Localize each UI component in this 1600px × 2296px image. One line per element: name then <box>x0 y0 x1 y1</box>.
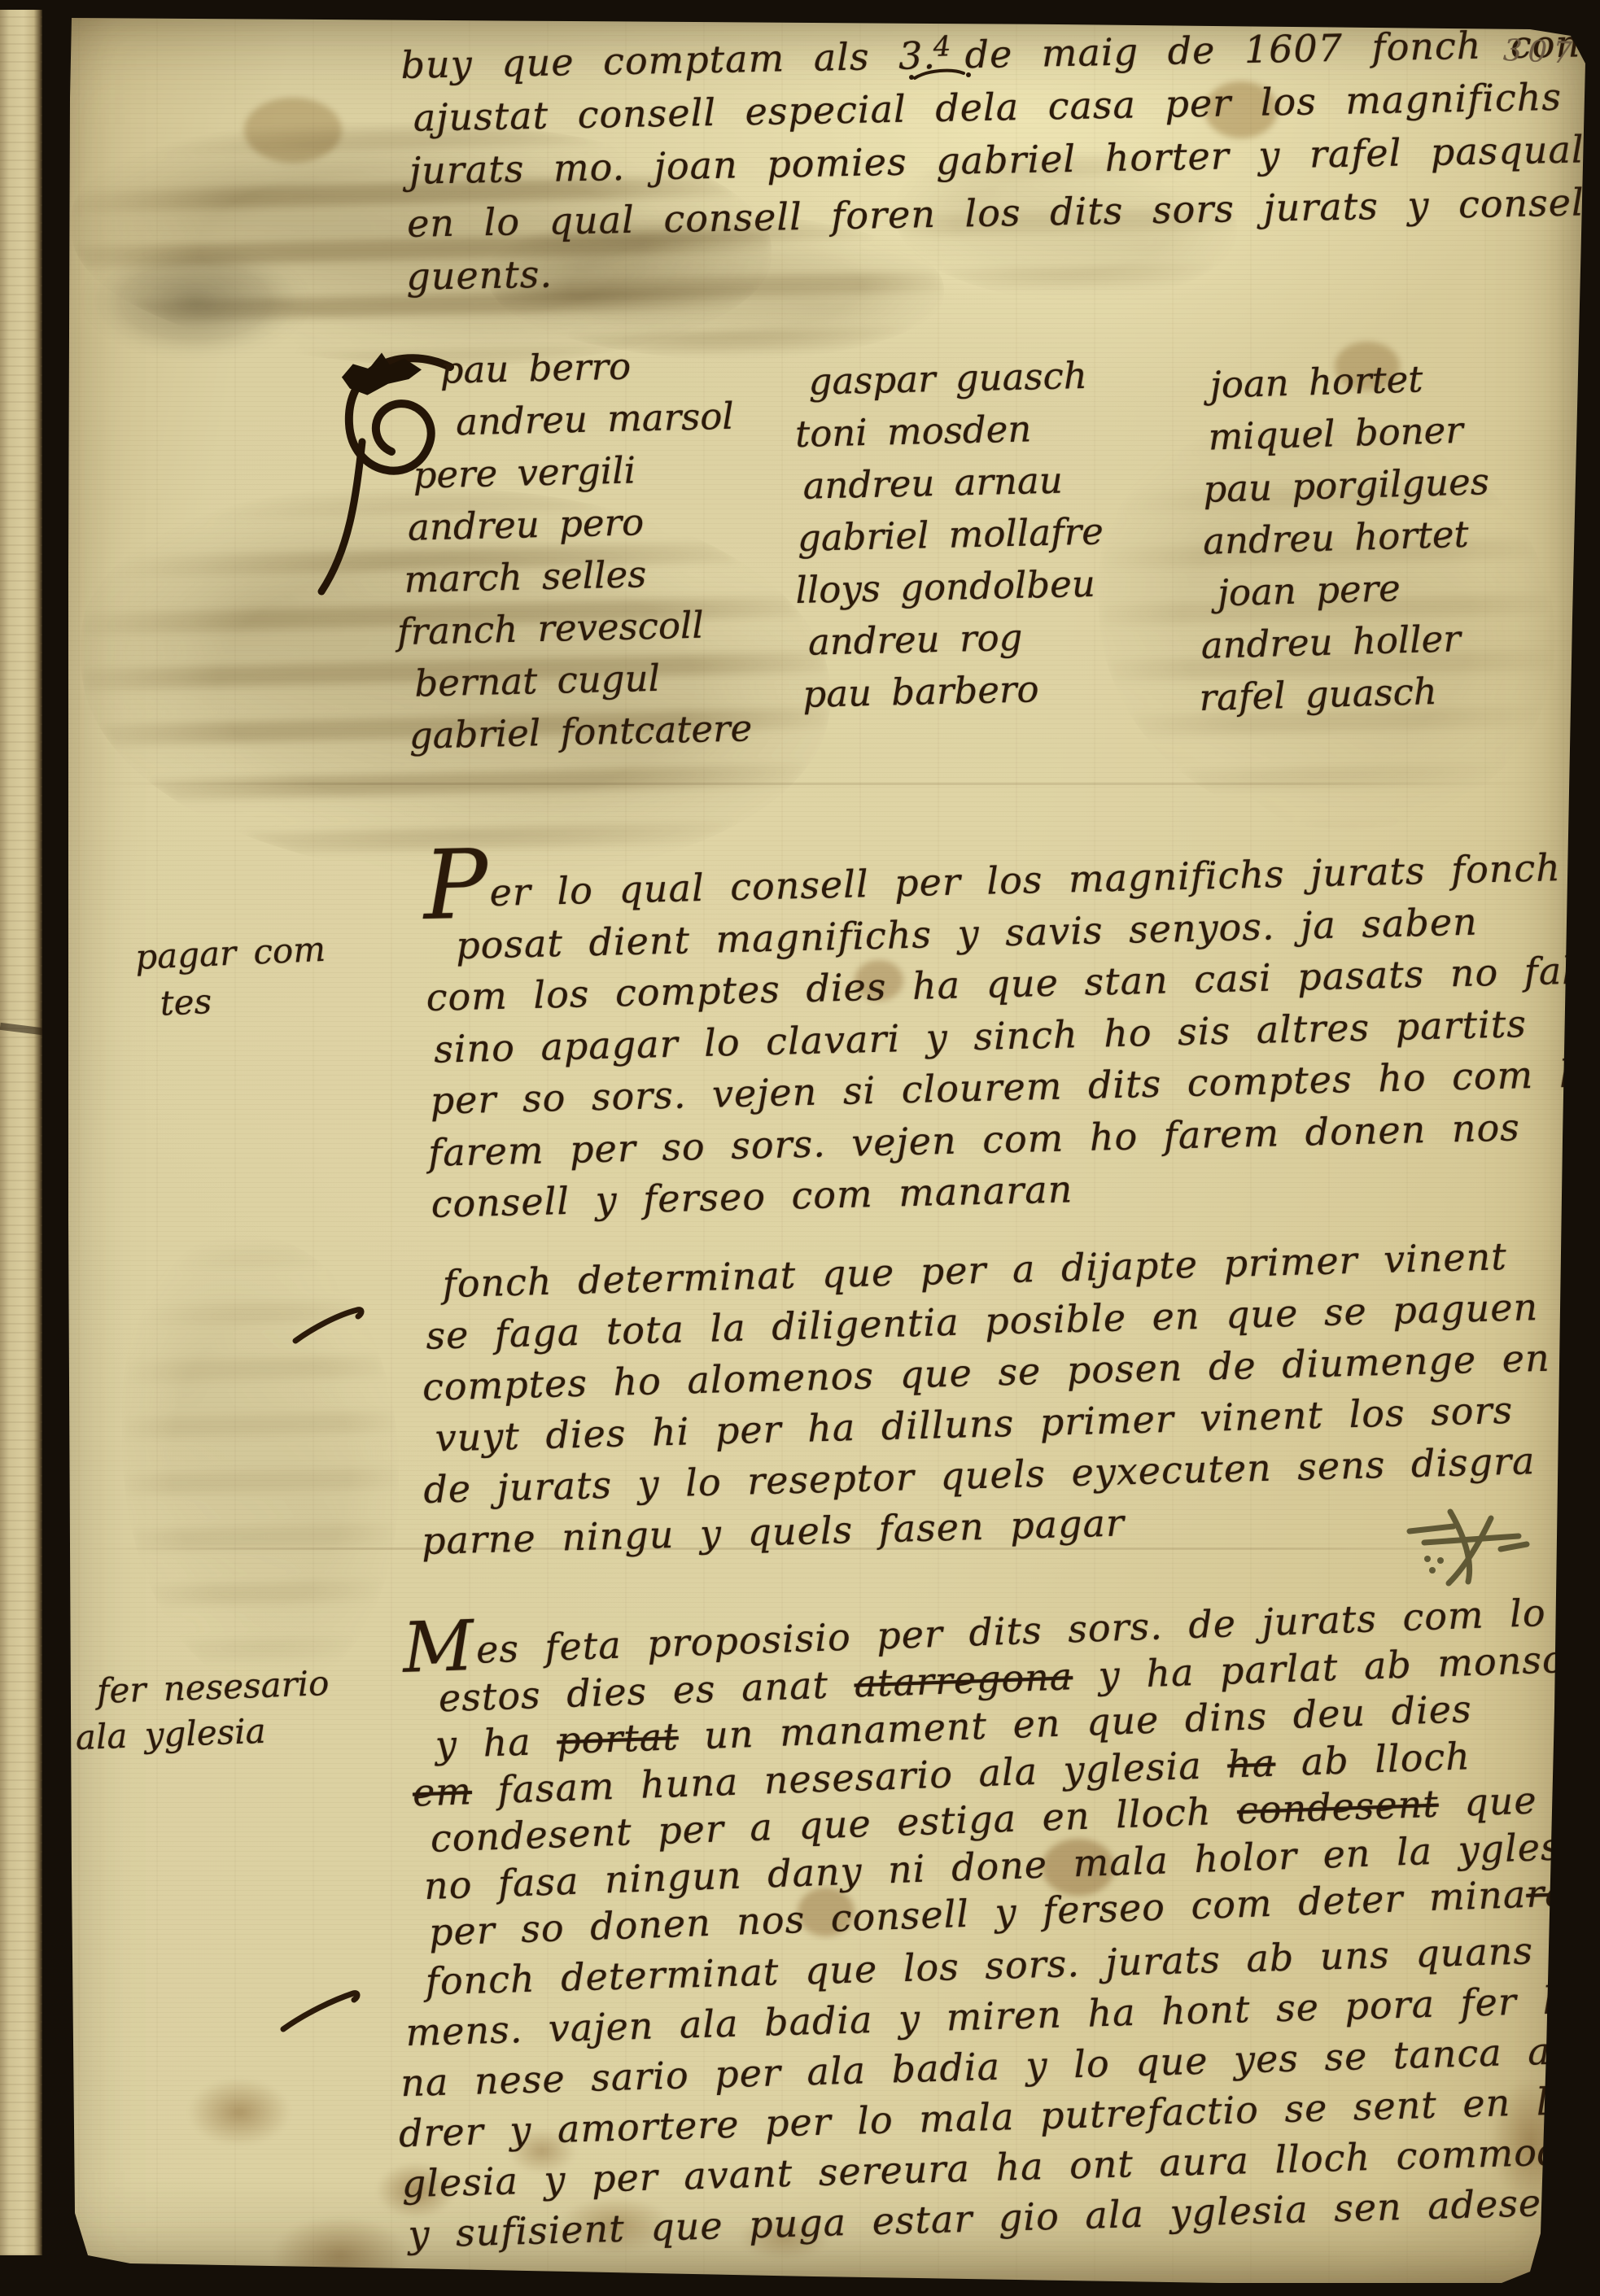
pen-trial-scribble <box>1403 1507 1541 1588</box>
attendee-name: andreu pero <box>407 494 748 553</box>
attendee-name: rafel guasch <box>1199 664 1496 724</box>
margin-note-church-necessity: fer nesesario ala yglesia <box>73 1661 331 1761</box>
attendee-name: andreu holler <box>1200 612 1494 672</box>
attendee-name: franch revescoll <box>396 598 750 658</box>
attendee-column-3: joan hortet miquel boner pau porgilgues … <box>1198 351 1496 724</box>
attendee-name: andreu rog <box>807 609 1106 668</box>
folio-number: 307 <box>1502 33 1578 71</box>
adjacent-page-fore-edge <box>0 10 42 2255</box>
attendee-name: lloys gondolbeu <box>795 557 1105 617</box>
margin-note-line: ala yglesia <box>75 1706 331 1761</box>
attendee-name: joan pere <box>1217 560 1493 619</box>
paragraph-dash-mark <box>278 1984 364 2036</box>
numeral-underline-flourish <box>910 65 972 85</box>
attendee-name: pere vergili <box>413 442 747 501</box>
attendee-name: joan hortet <box>1209 351 1487 411</box>
attendee-name: andreu marsol <box>455 390 745 448</box>
margin-note-pay-accounts: pagar com tes <box>134 926 329 1028</box>
scanned-manuscript-photo: buy que comptam als 3. de maig de 1607 f… <box>0 0 1600 2296</box>
attendee-name: pau berro <box>439 338 745 396</box>
attendee-name: miquel boner <box>1208 404 1489 464</box>
attendee-column-1: pau berro andreu marsol pere vergili and… <box>397 338 753 762</box>
proposal-paragraph: Per lo qual consell per los magnifichs j… <box>423 840 1600 1230</box>
attendee-name: gabriel mollafre <box>797 505 1104 565</box>
attendee-name: bernat cugul <box>414 650 752 709</box>
attendee-name: gaspar guasch <box>808 349 1100 408</box>
attendee-name: pau barbero <box>802 661 1108 720</box>
stain-spot <box>244 98 342 163</box>
margin-note-line: tes <box>160 973 329 1028</box>
attendee-column-2: gaspar guasch toni mosden andreu arnau g… <box>793 349 1108 720</box>
manuscript-page: buy que comptam als 3. de maig de 1607 f… <box>0 0 1600 2296</box>
attendee-name: pau porgilgues <box>1203 456 1490 516</box>
margin-note-line: pagar com <box>134 926 326 981</box>
proposal-paragraph-church: Mes feta proposisio per dits sors. de ju… <box>423 1582 1600 1957</box>
attendee-name: toni mosden <box>794 401 1101 461</box>
interlined-numeral: 4 <box>933 30 951 63</box>
determination-paragraph-church: fonch determinat que los sors. jurats ab… <box>407 1923 1600 2259</box>
paragraph-dash-mark <box>289 1300 366 1346</box>
attendee-name: andreu arnau <box>802 453 1103 512</box>
attendee-name: march selles <box>404 546 750 606</box>
attendee-name: gabriel fontcatere <box>409 702 753 762</box>
attendee-name: andreu hortet <box>1202 508 1491 568</box>
margin-note-line: fer nesesario <box>96 1661 330 1714</box>
opening-paragraph: buy que comptam als 3. de maig de 1607 f… <box>400 15 1600 303</box>
